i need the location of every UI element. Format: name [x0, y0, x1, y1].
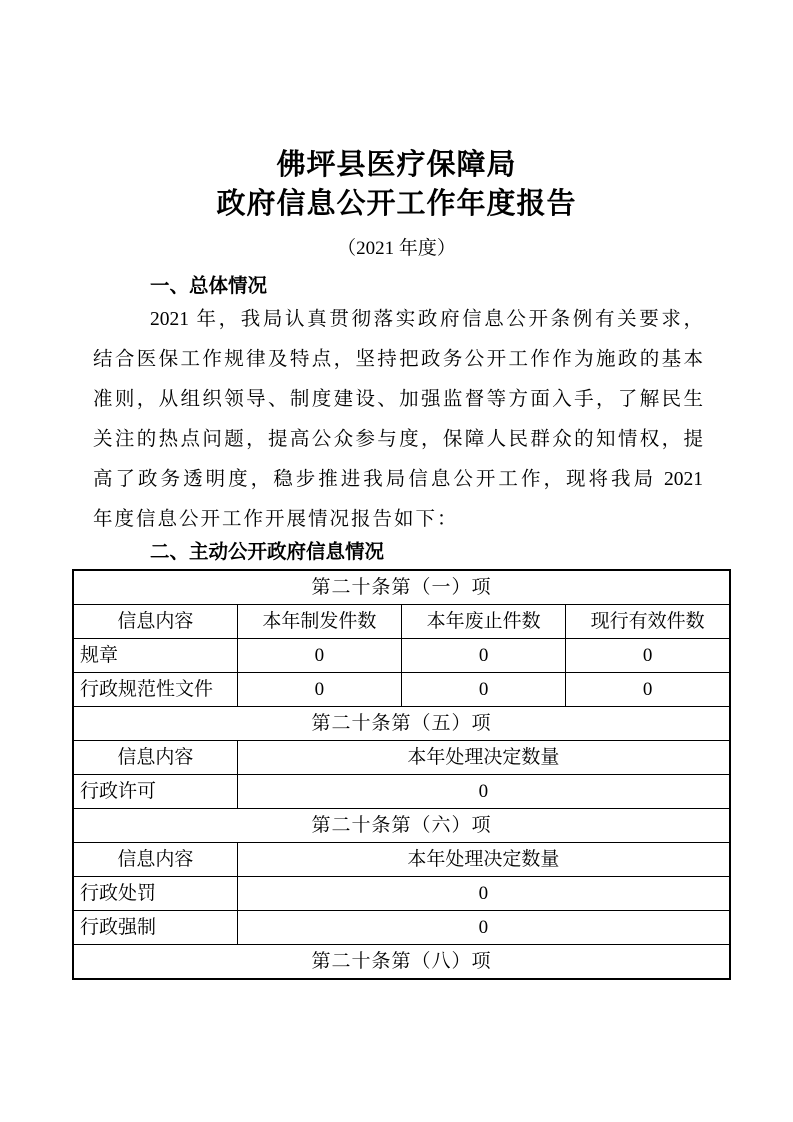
cell-value: 0	[237, 639, 401, 673]
column-header-decisions-this-year: 本年处理决定数量	[237, 741, 730, 775]
table-row: 行政规范性文件 0 0 0	[73, 673, 730, 707]
cell-value: 0	[237, 775, 730, 809]
cell-value: 0	[402, 673, 566, 707]
cell-value: 0	[402, 639, 566, 673]
cell-value: 0	[566, 673, 730, 707]
section-heading-overview: 一、总体情况	[93, 274, 793, 298]
table-row: 行政强制 0	[73, 911, 730, 945]
table-row: 信息内容 本年处理决定数量	[73, 843, 730, 877]
table-row: 第二十条第（六）项	[73, 809, 730, 843]
overview-paragraph: 2021 年，我局认真贯彻落实政府信息公开条例有关要求， 结合医保工作规律及特点…	[93, 300, 703, 540]
table-row: 第二十条第（八）项	[73, 945, 730, 980]
row-label-administrative-coercion: 行政强制	[73, 911, 237, 945]
report-title: 佛坪县医疗保障局 政府信息公开工作年度报告	[0, 146, 793, 224]
table-row: 行政许可 0	[73, 775, 730, 809]
cell-value: 0	[237, 877, 730, 911]
table-row: 信息内容 本年处理决定数量	[73, 741, 730, 775]
column-header-info-content: 信息内容	[73, 843, 237, 877]
report-page: 佛坪县医疗保障局 政府信息公开工作年度报告 （2021 年度） 一、总体情况 2…	[0, 0, 793, 1122]
paragraph-line: 关注的热点问题，提高公众参与度，保障人民群众的知情权，提	[93, 420, 703, 460]
paragraph-line: 2021 年，我局认真贯彻落实政府信息公开条例有关要求，	[93, 300, 703, 340]
column-header-info-content: 信息内容	[73, 741, 237, 775]
table-row: 信息内容 本年制发件数 本年废止件数 现行有效件数	[73, 605, 730, 639]
section-heading-active-disclosure: 二、主动公开政府信息情况	[93, 540, 793, 564]
column-header-currently-effective: 现行有效件数	[566, 605, 730, 639]
table-row: 第二十条第（五）项	[73, 707, 730, 741]
column-header-issued-this-year: 本年制发件数	[237, 605, 401, 639]
table-section-title-article20-item6: 第二十条第（六）项	[73, 809, 730, 843]
row-label-regulations: 规章	[73, 639, 237, 673]
cell-value: 0	[237, 673, 401, 707]
paragraph-line: 结合医保工作规律及特点，坚持把政务公开工作作为施政的基本	[93, 340, 703, 380]
column-header-info-content: 信息内容	[73, 605, 237, 639]
table-row: 规章 0 0 0	[73, 639, 730, 673]
row-label-administrative-penalty: 行政处罚	[73, 877, 237, 911]
report-year-subtitle: （2021 年度）	[0, 235, 793, 262]
column-header-repealed-this-year: 本年废止件数	[402, 605, 566, 639]
column-header-decisions-this-year: 本年处理决定数量	[237, 843, 730, 877]
paragraph-line: 高了政务透明度，稳步推进我局信息公开工作，现将我局 2021	[93, 460, 703, 500]
paragraph-line: 年度信息公开工作开展情况报告如下：	[93, 500, 703, 540]
row-label-administrative-licensing: 行政许可	[73, 775, 237, 809]
cell-value: 0	[566, 639, 730, 673]
report-title-line2: 政府信息公开工作年度报告	[0, 185, 793, 224]
table-section-title-article20-item1: 第二十条第（一）项	[73, 570, 730, 605]
table-row: 行政处罚 0	[73, 877, 730, 911]
row-label-normative-documents: 行政规范性文件	[73, 673, 237, 707]
report-title-line1: 佛坪县医疗保障局	[0, 146, 793, 185]
paragraph-line: 准则，从组织领导、制度建设、加强监督等方面入手，了解民生	[93, 380, 703, 420]
table-section-title-article20-item5: 第二十条第（五）项	[73, 707, 730, 741]
disclosure-table: 第二十条第（一）项 信息内容 本年制发件数 本年废止件数 现行有效件数 规章 0…	[72, 569, 731, 980]
cell-value: 0	[237, 911, 730, 945]
table-section-title-article20-item8: 第二十条第（八）项	[73, 945, 730, 980]
table-row: 第二十条第（一）项	[73, 570, 730, 605]
